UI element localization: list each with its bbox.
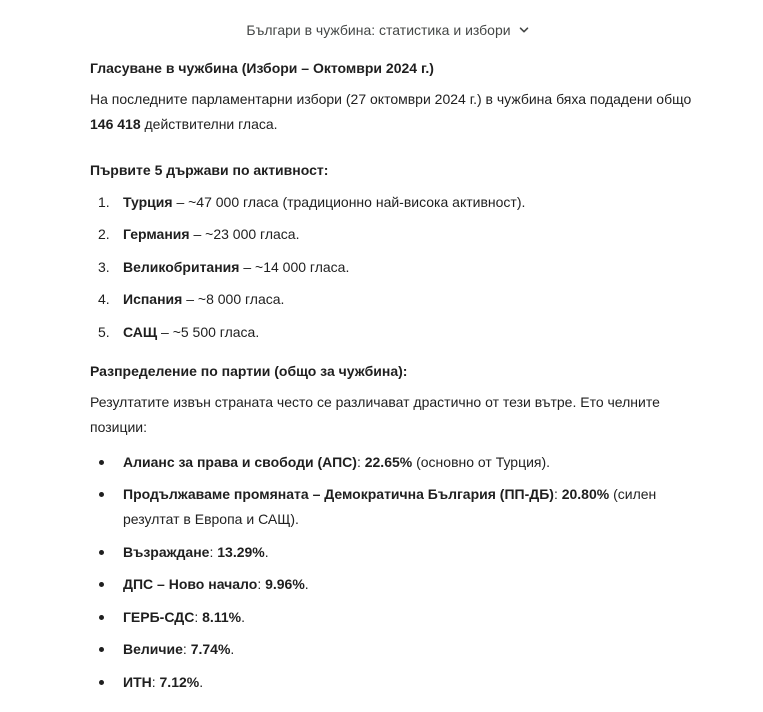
- response-content: Гласуване в чужбина (Избори – Октомври 2…: [90, 56, 700, 698]
- bullet-icon: [90, 540, 123, 565]
- party-name: Величие: [123, 641, 183, 657]
- list-number: 2.: [90, 222, 123, 247]
- chevron-down-icon: [519, 25, 529, 35]
- separator: :: [357, 454, 365, 470]
- heading-party-distribution: Разпределение по партии (общо за чужбина…: [90, 361, 700, 381]
- country-votes: – ~8 000 гласа.: [182, 291, 284, 307]
- heading-voting-abroad: Гласуване в чужбина (Избори – Октомври 2…: [90, 58, 700, 78]
- list-item: 2.Германия – ~23 000 гласа.: [90, 219, 700, 252]
- party-percent: 7.74%: [191, 641, 231, 657]
- bullet-icon: [90, 482, 123, 532]
- list-item: ИТН: 7.12%.: [90, 666, 700, 699]
- separator: :: [183, 641, 191, 657]
- party-name: Алианс за права и свободи (АПС): [123, 454, 357, 470]
- country-votes: – ~5 500 гласа.: [157, 324, 259, 340]
- party-percent: 9.96%: [265, 576, 305, 592]
- separator: :: [554, 486, 562, 502]
- list-item: 3.Великобритания – ~14 000 гласа.: [90, 251, 700, 284]
- country-name: Германия: [123, 226, 190, 242]
- party-note: .: [199, 674, 203, 690]
- bullet-icon: [90, 637, 123, 662]
- country-votes: – ~23 000 гласа.: [190, 226, 300, 242]
- party-name: ИТН: [123, 674, 152, 690]
- party-percent: 13.29%: [217, 544, 264, 560]
- party-results-list: Алианс за права и свободи (АПС): 22.65% …: [90, 446, 700, 699]
- party-note: .: [241, 609, 245, 625]
- list-item: Възраждане: 13.29%.: [90, 536, 700, 569]
- country-name: САЩ: [123, 324, 157, 340]
- party-note: .: [230, 641, 234, 657]
- party-percent: 7.12%: [160, 674, 200, 690]
- total-votes: 146 418: [90, 116, 141, 132]
- party-percent: 8.11%: [202, 609, 241, 625]
- party-name: Продължаваме промяната – Демократична Бъ…: [123, 486, 554, 502]
- list-item: 4.Испания – ~8 000 гласа.: [90, 284, 700, 317]
- top-countries-list: 1.Турция – ~47 000 гласа (традиционно на…: [90, 186, 700, 349]
- bullet-icon: [90, 572, 123, 597]
- parties-intro-paragraph: Резултатите извън страната често се разл…: [90, 390, 700, 440]
- conversation-header: Българи в чужбина: статистика и избори: [0, 18, 763, 42]
- list-item: ДПС – Ново начало: 9.96%.: [90, 568, 700, 601]
- bullet-icon: [90, 605, 123, 630]
- intro-text: На последните парламентарни избори (27 о…: [90, 91, 691, 107]
- heading-top-countries: Първите 5 държави по активност:: [90, 160, 700, 180]
- party-note: (основно от Турция).: [412, 454, 550, 470]
- separator: :: [194, 609, 202, 625]
- list-number: 1.: [90, 190, 123, 215]
- country-votes: – ~47 000 гласа (традиционно най-висока …: [173, 194, 526, 210]
- separator: :: [257, 576, 265, 592]
- list-item: Величие: 7.74%.: [90, 633, 700, 666]
- bullet-icon: [90, 670, 123, 695]
- party-note: .: [305, 576, 309, 592]
- party-name: ДПС – Ново начало: [123, 576, 257, 592]
- list-number: 4.: [90, 287, 123, 312]
- list-item: Продължаваме промяната – Демократична Бъ…: [90, 478, 700, 536]
- intro-text-end: действителни гласа.: [141, 116, 278, 132]
- list-item: ГЕРБ-СДС: 8.11%.: [90, 601, 700, 634]
- party-percent: 22.65%: [365, 454, 412, 470]
- party-name: Възраждане: [123, 544, 209, 560]
- party-note: .: [265, 544, 269, 560]
- list-item: 1.Турция – ~47 000 гласа (традиционно на…: [90, 186, 700, 219]
- voting-intro-paragraph: На последните парламентарни избори (27 о…: [90, 87, 700, 137]
- country-name: Великобритания: [123, 259, 239, 275]
- list-item: 5.САЩ – ~5 500 гласа.: [90, 316, 700, 349]
- list-item: Алианс за права и свободи (АПС): 22.65% …: [90, 446, 700, 479]
- party-name: ГЕРБ-СДС: [123, 609, 194, 625]
- separator: :: [152, 674, 160, 690]
- conversation-title: Българи в чужбина: статистика и избори: [246, 22, 510, 38]
- country-votes: – ~14 000 гласа.: [239, 259, 349, 275]
- bullet-icon: [90, 450, 123, 475]
- list-number: 3.: [90, 255, 123, 280]
- list-number: 5.: [90, 320, 123, 345]
- country-name: Испания: [123, 291, 182, 307]
- country-name: Турция: [123, 194, 173, 210]
- conversation-title-button[interactable]: Българи в чужбина: статистика и избори: [234, 22, 528, 38]
- party-percent: 20.80%: [562, 486, 609, 502]
